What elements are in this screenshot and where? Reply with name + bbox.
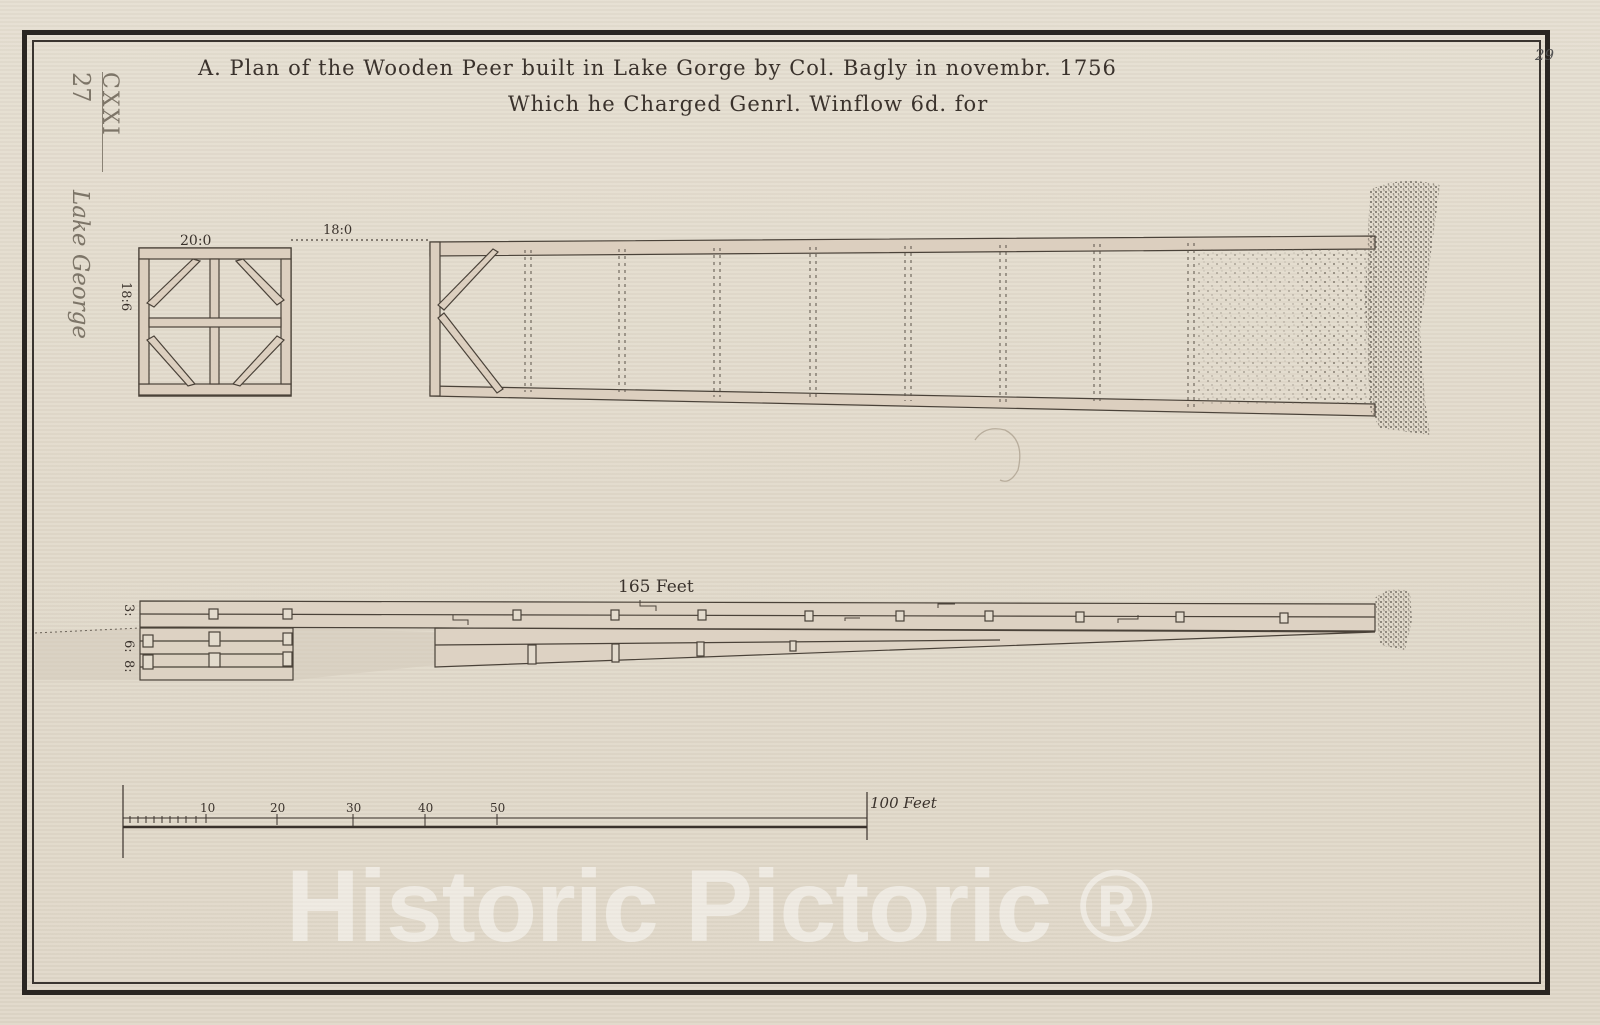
crib-width-label: 20:0: [180, 233, 211, 249]
scale-tick-20: 20: [270, 801, 285, 815]
scale-end-label: 100 Feet: [870, 794, 938, 812]
length-label: 165 Feet: [618, 577, 694, 597]
gap-label: 18:0: [323, 223, 352, 238]
elevation-shoreline: [1375, 590, 1412, 650]
scale-tick-10: 10: [200, 801, 215, 815]
scale-tick-30: 30: [346, 801, 361, 815]
crib-plan: [139, 248, 291, 396]
pier-bay-dividers: [525, 243, 1194, 407]
height-label-8: 8:: [121, 660, 136, 673]
paper-stain: [975, 429, 1020, 482]
crib-height-label: 18:6: [118, 282, 133, 311]
watermark: Historic Pictoric ®: [286, 848, 1153, 965]
scale-tick-50: 50: [490, 801, 505, 815]
height-label-3: 3:: [121, 604, 136, 617]
height-label-6: 6:: [121, 640, 136, 653]
scale-tick-40: 40: [418, 801, 433, 815]
shoreline-stippling: [1365, 181, 1440, 435]
